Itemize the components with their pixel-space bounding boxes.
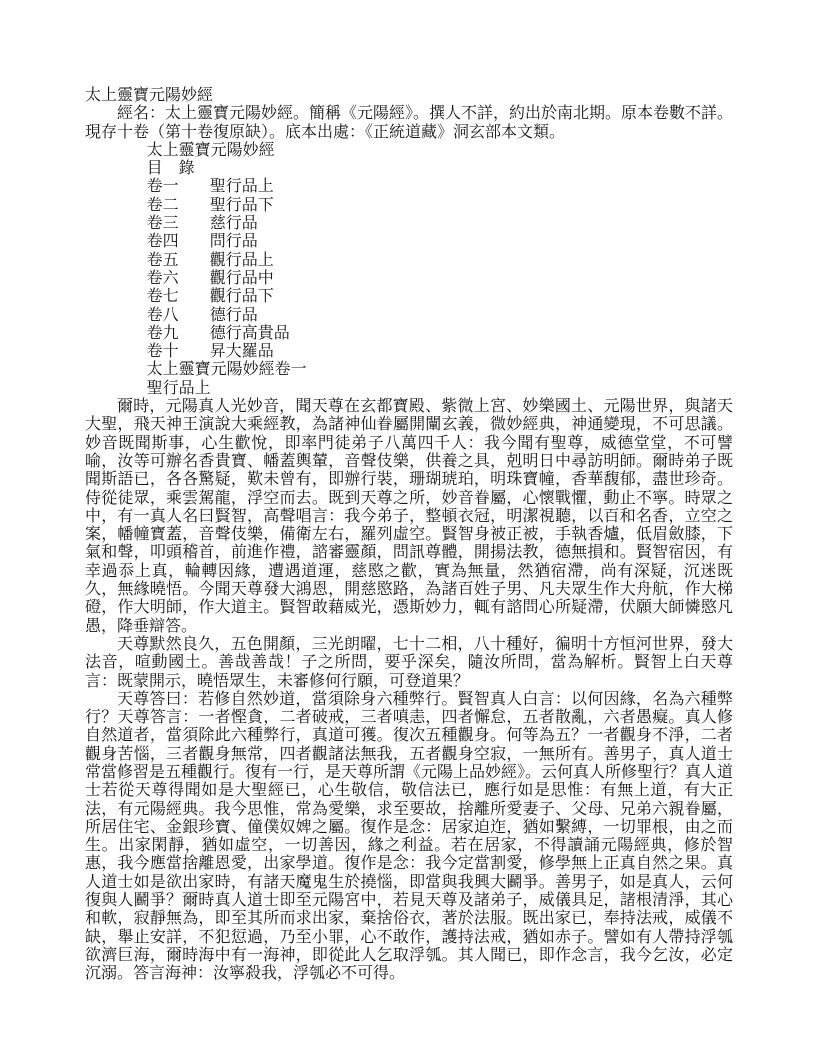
toc-item-6: 卷六觀行品中 [85,270,733,288]
volume-title: 太上靈寶元陽妙經卷一 [85,361,733,379]
body-paragraph-1: 爾時，元陽真人光妙音，聞天尊在玄都寶殿、紫微上宮、妙樂國土、元陽世界，與諸天大聖… [85,398,733,636]
toc-item-1: 卷一聖行品上 [85,178,733,196]
toc-volume: 卷六 [147,270,179,287]
toc-chapter: 聖行品下 [210,197,274,214]
toc-heading: 目 錄 [85,160,733,178]
toc-item-8: 卷八德行品 [85,307,733,325]
toc-item-9: 卷九德行高貴品 [85,325,733,343]
toc-chapter: 聖行品上 [210,178,274,195]
toc-volume: 卷四 [147,233,179,250]
toc-volume: 卷一 [147,178,179,195]
body-paragraph-2: 天尊默然良久，五色開顏，三光朗曜，七十二相，八十種好，徧明十方恒河世界，發大法音… [85,636,733,691]
toc-volume: 卷八 [147,307,179,324]
toc-volume: 卷十 [147,343,179,360]
toc-item-3: 卷三慈行品 [85,215,733,233]
toc-volume: 卷五 [147,252,179,269]
toc-volume: 卷三 [147,215,179,232]
doc-subtitle: 太上靈寶元陽妙經 [85,142,733,160]
doc-title: 太上靈寶元陽妙經 [85,87,733,105]
toc-chapter: 昇大羅品 [210,343,274,360]
toc-chapter: 問行品 [210,233,258,250]
toc-volume: 卷七 [147,288,179,305]
toc-volume: 卷九 [147,325,179,342]
toc-item-5: 卷五觀行品上 [85,252,733,270]
toc-item-4: 卷四問行品 [85,233,733,251]
toc-chapter: 觀行品中 [210,270,274,287]
intro-paragraph: 經名：太上靈寶元陽妙經。簡稱《元陽經》。撰人不詳，約出於南北期。原本卷數不詳。現… [85,105,733,142]
toc-item-2: 卷二聖行品下 [85,197,733,215]
toc-chapter: 觀行品上 [210,252,274,269]
toc-chapter: 德行品 [210,307,258,324]
toc-chapter: 德行高貴品 [210,325,290,342]
toc-item-7: 卷七觀行品下 [85,288,733,306]
toc-item-10: 卷十昇大羅品 [85,343,733,361]
chapter-title: 聖行品上 [85,380,733,398]
document-page: 太上靈寶元陽妙經 經名：太上靈寶元陽妙經。簡稱《元陽經》。撰人不詳，約出於南北期… [85,87,733,984]
toc-chapter: 觀行品下 [210,288,274,305]
toc-volume: 卷二 [147,197,179,214]
body-paragraph-3: 天尊答曰：若修自然妙道，當須除身六種弊行。賢智真人白言：以何因緣，名為六種弊行？… [85,691,733,984]
table-of-contents: 卷一聖行品上 卷二聖行品下 卷三慈行品 卷四問行品 卷五觀行品上 卷六觀行品中 … [85,178,733,361]
toc-chapter: 慈行品 [210,215,258,232]
